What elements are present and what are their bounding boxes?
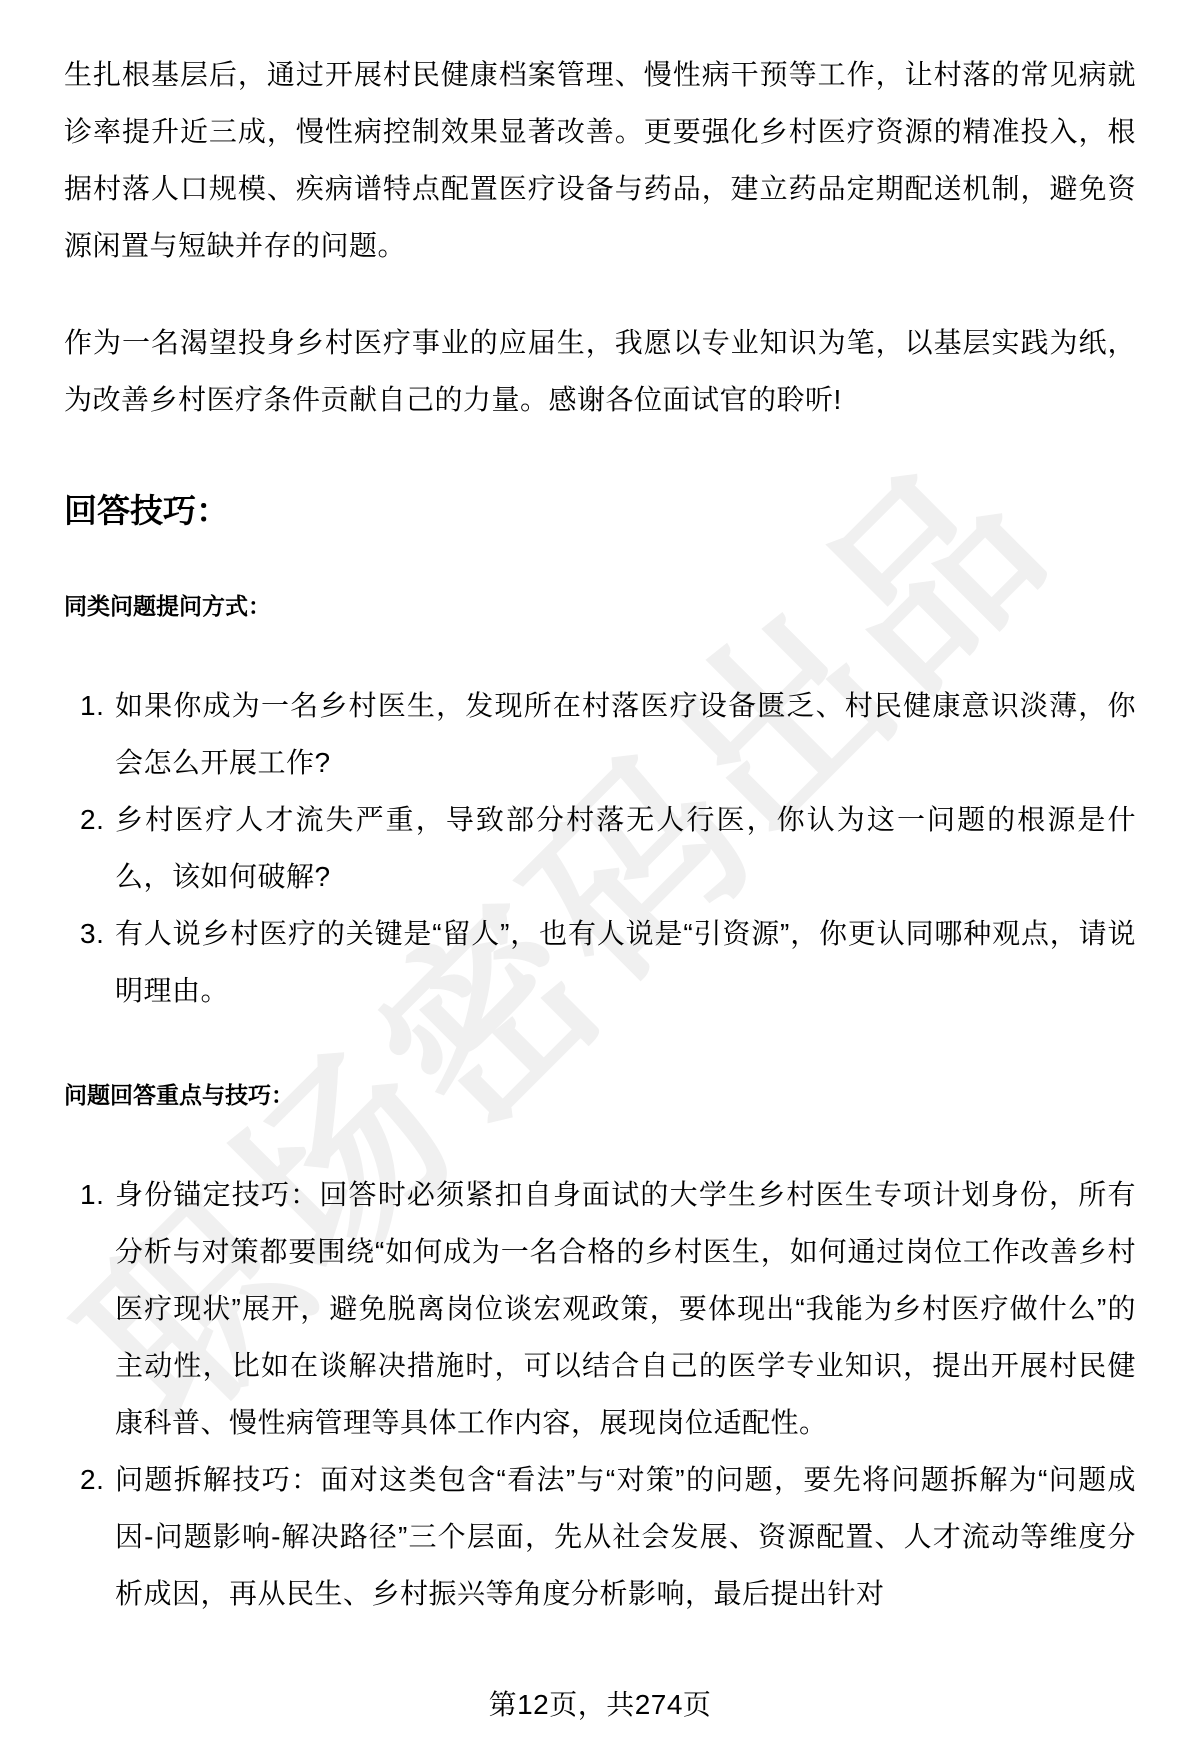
- list-item-number: 1.: [80, 677, 104, 734]
- list-item-text: 问题拆解技巧：面对这类包含“看法”与“对策”的问题，要先将问题拆解为“问题成因-…: [115, 1464, 1136, 1609]
- list-item: 2. 乡村医疗人才流失严重，导致部分村落无人行医，你认为这一问题的根源是什么，该…: [64, 791, 1136, 905]
- similar-questions-list: 1. 如果你成为一名乡村医生，发现所在村落医疗设备匮乏、村民健康意识淡薄，你会怎…: [64, 677, 1136, 1019]
- list-item-number: 1.: [80, 1166, 104, 1223]
- page-content: 生扎根基层后，通过开展村民健康档案管理、慢性病干预等工作，让村落的常见病就诊率提…: [0, 0, 1200, 1622]
- list-item: 3. 有人说乡村医疗的关键是“留人”，也有人说是“引资源”，你更认同哪种观点，请…: [64, 905, 1136, 1019]
- list-item-number: 2.: [80, 1451, 104, 1508]
- answer-points-list: 1. 身份锚定技巧：回答时必须紧扣自身面试的大学生乡村医生专项计划身份，所有分析…: [64, 1166, 1136, 1622]
- list-item-text: 如果你成为一名乡村医生，发现所在村落医疗设备匮乏、村民健康意识淡薄，你会怎么开展…: [115, 690, 1136, 778]
- subheading-answer-points: 问题回答重点与技巧：: [64, 1079, 1136, 1111]
- list-item: 1. 身份锚定技巧：回答时必须紧扣自身面试的大学生乡村医生专项计划身份，所有分析…: [64, 1166, 1136, 1451]
- list-item: 1. 如果你成为一名乡村医生，发现所在村落医疗设备匮乏、村民健康意识淡薄，你会怎…: [64, 677, 1136, 791]
- document-page: 职场密码出品 生扎根基层后，通过开展村民健康档案管理、慢性病干预等工作，让村落的…: [0, 0, 1200, 1755]
- list-item-number: 2.: [80, 791, 104, 848]
- paragraph-continuation: 生扎根基层后，通过开展村民健康档案管理、慢性病干预等工作，让村落的常见病就诊率提…: [64, 46, 1136, 274]
- list-item-text: 身份锚定技巧：回答时必须紧扣自身面试的大学生乡村医生专项计划身份，所有分析与对策…: [115, 1179, 1136, 1438]
- list-item-text: 有人说乡村医疗的关键是“留人”，也有人说是“引资源”，你更认同哪种观点，请说明理…: [115, 918, 1136, 1006]
- list-item: 2. 问题拆解技巧：面对这类包含“看法”与“对策”的问题，要先将问题拆解为“问题…: [64, 1451, 1136, 1622]
- list-item-text: 乡村医疗人才流失严重，导致部分村落无人行医，你认为这一问题的根源是什么，该如何破…: [115, 804, 1136, 892]
- paragraph-closing: 作为一名渴望投身乡村医疗事业的应届生，我愿以专业知识为笔，以基层实践为纸，为改善…: [64, 314, 1136, 428]
- subheading-similar-questions: 同类问题提问方式：: [64, 590, 1136, 622]
- section-heading-answer-techniques: 回答技巧：: [64, 490, 1136, 532]
- page-number: 第12页，共274页: [0, 1676, 1200, 1733]
- list-item-number: 3.: [80, 905, 104, 962]
